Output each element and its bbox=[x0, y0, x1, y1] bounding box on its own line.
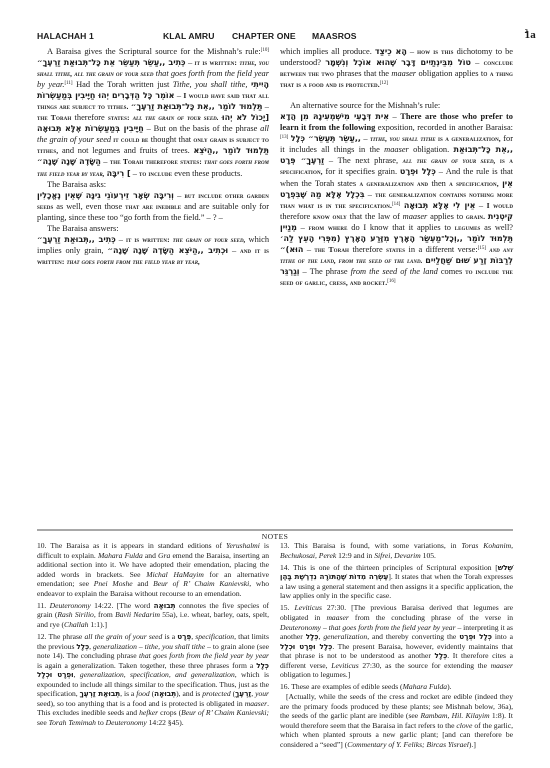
text: for it specifies grain. bbox=[323, 167, 400, 176]
text: obligation. bbox=[409, 145, 454, 154]
main-text-left-column: A Baraisa gives the Scriptural source fo… bbox=[37, 46, 269, 267]
text: 16. These are examples of edible seeds ( bbox=[280, 682, 403, 691]
translation-text: the Torah bbox=[37, 113, 71, 122]
text: then bbox=[428, 179, 449, 188]
hebrew-text: ,,עַשֵּׂר תְּעַשֵּׂר״ כְּלָל bbox=[291, 134, 361, 143]
text: comes bbox=[438, 267, 465, 276]
citation: Michal HaMayim bbox=[146, 570, 204, 579]
elucidation-text: from the seed of the land bbox=[351, 267, 438, 276]
text: to bbox=[96, 718, 106, 727]
citation: Pnei Moshe bbox=[94, 579, 133, 588]
verse-text: that goes forth from the field year by y… bbox=[67, 257, 201, 266]
text: is again a generalization. Taken togethe… bbox=[37, 661, 256, 670]
hebrew-text: תְּבוּאָה bbox=[154, 689, 176, 698]
text: – bbox=[389, 112, 400, 121]
footnote-ref[interactable]: [14] bbox=[392, 202, 400, 207]
hebrew-text: טוֹל מִבֵּינְתַיִים דָּבָר שֶׁהוּא אוֹכֶ… bbox=[325, 58, 471, 67]
citation: Gra bbox=[158, 551, 170, 560]
note-16-continued: [Actually, while the seeds of the cress … bbox=[280, 692, 513, 749]
text: that the law of bbox=[347, 212, 403, 221]
citation: maaser bbox=[326, 613, 348, 622]
text: ). bbox=[447, 682, 451, 691]
header-volume: MAASROS bbox=[312, 31, 357, 41]
notes-left-column: 10. The Baraisa as it is appears in stan… bbox=[37, 541, 269, 730]
text: do I know that it applies to bbox=[348, 223, 455, 232]
running-header: HALACHAH 1 KLAL AMRU CHAPTER ONE MAASROS… bbox=[37, 31, 528, 45]
translation-text: it could be bbox=[111, 135, 148, 144]
paragraph-baraisa-asks: The Baraisa asks: bbox=[37, 179, 269, 190]
header-halachah: HALACHAH 1 bbox=[37, 31, 94, 41]
paragraph-baraisa-source: A Baraisa gives the Scriptural source fo… bbox=[37, 46, 269, 179]
translation-text: to include bbox=[139, 169, 172, 178]
notes-divider bbox=[37, 529, 513, 531]
hebrew-text: כְּלָל bbox=[435, 651, 448, 660]
text: – bbox=[186, 58, 195, 67]
text: and not legumes and fruits of trees. bbox=[58, 146, 193, 155]
main-text-right-column: which implies all produce. הָא כֵיצַד – … bbox=[280, 46, 513, 288]
text: 10. The Baraisa as it is appears in stan… bbox=[37, 541, 226, 550]
text: as well? bbox=[480, 223, 513, 232]
elucidation-text: maaser bbox=[384, 145, 409, 154]
citation: Rambam, Hil. Kilayim bbox=[420, 711, 489, 720]
text: which implies all produce. bbox=[280, 47, 375, 56]
hebrew-text: וּכְתִיב ,,הַיֹּצֵא הַשָּׂדֶה שָׁנָה שָׁ… bbox=[107, 246, 228, 255]
citation: clove bbox=[456, 721, 472, 730]
text: – bbox=[303, 245, 314, 254]
hebrew-text: כְּלָל bbox=[306, 632, 319, 641]
translation-text: a generalization and bbox=[359, 179, 428, 188]
citation: generalization – tithe, you shall tithe bbox=[93, 642, 205, 651]
citation: Deuteronomy – that goes forth from the f… bbox=[280, 623, 456, 632]
page-side: 2 bbox=[525, 28, 528, 35]
elucidation-text: maaser bbox=[403, 212, 428, 221]
citation: maaser bbox=[245, 699, 267, 708]
translation-text: how is this bbox=[417, 47, 453, 56]
footnote-ref[interactable]: [11] bbox=[64, 81, 72, 86]
notes-right-column: 13. This Baraisa is found, with some var… bbox=[280, 541, 513, 752]
citation: Leviticus bbox=[294, 603, 321, 612]
text: – bbox=[471, 58, 484, 67]
elucidation-text: Tithe, you shall tithe, bbox=[173, 80, 248, 89]
text: as well, even those bbox=[53, 202, 125, 211]
text: 15. bbox=[280, 603, 294, 612]
citation: that goes forth from the field year by y… bbox=[139, 651, 269, 660]
text: phrases that the bbox=[334, 69, 391, 78]
text: see bbox=[37, 718, 49, 727]
translation-text: from where bbox=[309, 223, 348, 232]
hebrew-text: כְּלָל וּפְרָט וּכְלָל bbox=[280, 642, 332, 651]
translation-text: it is written: bbox=[195, 58, 240, 67]
text: – But on the basis of the phrase bbox=[144, 124, 260, 133]
citation: protected bbox=[202, 689, 230, 698]
citation: Deuteronomy bbox=[50, 601, 91, 610]
text: – bbox=[116, 235, 126, 244]
citation: specification bbox=[195, 632, 234, 641]
text: – bbox=[131, 169, 139, 178]
text: ), and is bbox=[176, 689, 202, 698]
translation-text: know only bbox=[313, 212, 347, 221]
hebrew-text: וְרִיבָּה שְׂאָר זֵירְעוֹנֵי גִינָּה שֶׁ… bbox=[37, 191, 174, 200]
hebrew-text: פְּרָט bbox=[177, 632, 191, 641]
translation-text: I would bbox=[487, 201, 513, 210]
citation: Sifrei, Devarim bbox=[374, 551, 421, 560]
verse-text: the grain of your seed, bbox=[173, 235, 246, 244]
text: – The phrase bbox=[300, 267, 351, 276]
text: into a bbox=[492, 632, 513, 641]
citation: generalization, specification, and gener… bbox=[80, 670, 235, 679]
text: obligation applies to bbox=[416, 69, 490, 78]
elucidation-text: maaser bbox=[391, 69, 416, 78]
verse-text: all the grain of your seed. bbox=[133, 113, 219, 122]
text: even these products. bbox=[172, 169, 242, 178]
paragraph-alternative-source: An alternative source for the Mishnah’s … bbox=[280, 100, 513, 111]
text: seed), so too anything that is a food an… bbox=[37, 699, 245, 708]
translation-text: is a generalization, bbox=[436, 134, 501, 143]
footnote-ref[interactable]: [12] bbox=[380, 81, 388, 86]
hebrew-text: כְּלָל וּפְרָט bbox=[400, 167, 436, 176]
text: – bbox=[365, 190, 375, 199]
text: – The next phrase, bbox=[324, 156, 402, 165]
page-number: 1a2 bbox=[525, 29, 528, 41]
text: – bbox=[361, 134, 370, 143]
footnote-ref[interactable]: [15] bbox=[478, 246, 486, 251]
text: 27:30, as the source for extending the bbox=[359, 661, 491, 670]
text: 14:22 §45). bbox=[147, 718, 184, 727]
hebrew-text: אֵין לִי אֶלָּא תְּבוּאָה bbox=[404, 201, 476, 210]
hebrew-text: כְּלָל וּפְרָט bbox=[459, 632, 492, 641]
text: in a different verse: bbox=[405, 245, 478, 254]
text: 12. The phrase bbox=[37, 632, 84, 641]
text: – bbox=[407, 47, 417, 56]
citation: your bbox=[255, 689, 269, 698]
citation: Torah Temimah bbox=[49, 718, 96, 727]
translation-text: the Torah therefore states: bbox=[110, 157, 204, 166]
text: 14. This is one of the thirteen principl… bbox=[280, 563, 498, 572]
hebrew-text: ] רִיבָּה bbox=[107, 169, 131, 178]
note-13: 13. This Baraisa is found, with some var… bbox=[280, 541, 513, 560]
citation: maaser bbox=[491, 661, 513, 670]
hebrew-text: כְּלָל bbox=[76, 642, 89, 651]
note-12: 12. The phrase all the grain of your see… bbox=[37, 632, 269, 727]
text: – bbox=[228, 246, 240, 255]
citation: Rash Sirilio bbox=[57, 610, 93, 619]
header-chapter: CHAPTER ONE bbox=[232, 31, 296, 41]
citation: hefker bbox=[139, 708, 158, 717]
translation-text: a specification, bbox=[449, 179, 499, 188]
text: , is a bbox=[120, 689, 136, 698]
text: 105. bbox=[421, 551, 436, 560]
text: 11. bbox=[37, 601, 50, 610]
text: therefore bbox=[71, 113, 108, 122]
header-tractate: KLAL AMRU bbox=[163, 31, 215, 41]
paragraph-answer: כְּתִיב ,,תְּבוּאַת זַרְעֶךָ״ – it is wr… bbox=[37, 234, 269, 267]
text: from the concluding phrase of the verse … bbox=[349, 613, 513, 622]
text: – bbox=[263, 102, 269, 111]
text: – bbox=[174, 191, 185, 200]
verse-text: tithe, you shall tithe bbox=[370, 134, 436, 143]
text: therefore bbox=[349, 245, 386, 254]
citation: Deuteronomy bbox=[106, 718, 147, 727]
citation: Yerushalmi bbox=[226, 541, 260, 550]
translation-text: states bbox=[386, 245, 405, 254]
hebrew-text: זַרְעֶךָ bbox=[235, 689, 251, 698]
verse-text: all the grain of your seed, bbox=[403, 156, 496, 165]
text: and bbox=[133, 579, 153, 588]
text: 14:22. [The word bbox=[91, 601, 154, 610]
note-11: 11. Deuteronomy 14:22. [The word תְּבוּא… bbox=[37, 601, 269, 630]
translation-text: states: bbox=[108, 113, 133, 122]
text: 12:9 and in bbox=[336, 551, 374, 560]
paragraph-baraisa-answers: The Baraisa answers: bbox=[37, 223, 269, 234]
citation: all the grain of your seed bbox=[84, 632, 162, 641]
hebrew-text: תְּבוּאָה bbox=[154, 601, 176, 610]
text: is a bbox=[162, 632, 177, 641]
translation-text: grain. bbox=[466, 212, 485, 221]
translation-text: legumes bbox=[455, 223, 481, 232]
text: A Baraisa gives the Scriptural source fo… bbox=[47, 47, 261, 56]
note-10: 10. The Baraisa as it is appears in stan… bbox=[37, 541, 269, 598]
citation: generalization bbox=[323, 632, 367, 641]
hebrew-text: כְּתִיב ,,תְּבוּאַת זַרְעֶךָ״ bbox=[37, 235, 116, 244]
text: thought that bbox=[148, 135, 193, 144]
citation: Mahara Fulda bbox=[403, 682, 448, 691]
text: Had the Torah written just bbox=[73, 80, 173, 89]
hebrew-text: כְּתִיב ,,עַשֵּׂר תְּעַשֵּׂר אֵת כָּל־תְ… bbox=[37, 58, 186, 67]
text: – bbox=[297, 223, 309, 232]
text: – bbox=[475, 201, 486, 210]
citation: Leviticus bbox=[331, 661, 358, 670]
text: 13. This Baraisa is found, with some var… bbox=[280, 541, 461, 550]
citation: Challah bbox=[64, 620, 88, 629]
text: and bbox=[143, 551, 158, 560]
paragraph-conclusion: which implies all produce. הָא כֵיצַד – … bbox=[280, 46, 513, 90]
text: obligation to legumes.] bbox=[280, 670, 350, 679]
hebrew-text: תְּבוּאַת זַרְעֶךָ bbox=[80, 689, 121, 698]
footnote-ref[interactable]: [13] bbox=[280, 135, 288, 140]
footnote-ref[interactable]: [16] bbox=[387, 279, 395, 284]
translation-text: that are inedible bbox=[125, 202, 181, 211]
hebrew-text: תַּלְמוּד לוֹמַר ,,אֵת כָּל־תְּבוּאַת זַ… bbox=[131, 102, 263, 111]
translation-text: the Torah bbox=[314, 245, 349, 254]
translation-text: it is written: bbox=[126, 235, 173, 244]
paragraph-spacer bbox=[280, 90, 513, 100]
text: , from bbox=[94, 610, 115, 619]
citation: Beur of R’ Chaim Kanievski bbox=[153, 579, 249, 588]
citation: Commentary of Y. Feliks; Bircas Yisrael bbox=[347, 740, 469, 749]
text: , and thereby converting the bbox=[367, 632, 459, 641]
text: 1:1).] bbox=[88, 620, 107, 629]
paragraph-second-baraisa: אִית דְּבָעֵי מִישְׁמְעִינָהּ מִן הֲדָא … bbox=[280, 111, 513, 288]
citation: food bbox=[136, 689, 150, 698]
text: exposition, recorded in another Baraisa: bbox=[375, 123, 513, 132]
hebrew-text: אִית דְּבָעֵי מִישְׁמְעִינָהּ מִן הֲדָא bbox=[280, 112, 389, 121]
note-16: 16. These are examples of edible seeds (… bbox=[280, 682, 513, 692]
paragraph-question: וְרִיבָּה שְׂאָר זֵירְעוֹנֵי גִינָּה שֶׁ… bbox=[37, 190, 269, 223]
citation: Bavli Nedarim bbox=[115, 610, 160, 619]
text: ).] bbox=[469, 740, 476, 749]
citation: Mahara Fulda bbox=[98, 551, 143, 560]
note-15: 15. Leviticus 27:30. [The previous Barai… bbox=[280, 603, 513, 679]
hebrew-text: הָא כֵיצַד bbox=[375, 47, 407, 56]
footnote-ref[interactable]: [10] bbox=[261, 48, 269, 53]
citation: Beur of R’ Chaim Kanievski; bbox=[181, 708, 269, 717]
text: crops ( bbox=[158, 708, 181, 717]
note-14: 14. This is one of the thirteen principl… bbox=[280, 563, 513, 601]
notes-heading: NOTES bbox=[0, 532, 550, 541]
text: therefore bbox=[280, 212, 313, 221]
text: – bbox=[101, 157, 110, 166]
text: applies to bbox=[427, 212, 466, 221]
